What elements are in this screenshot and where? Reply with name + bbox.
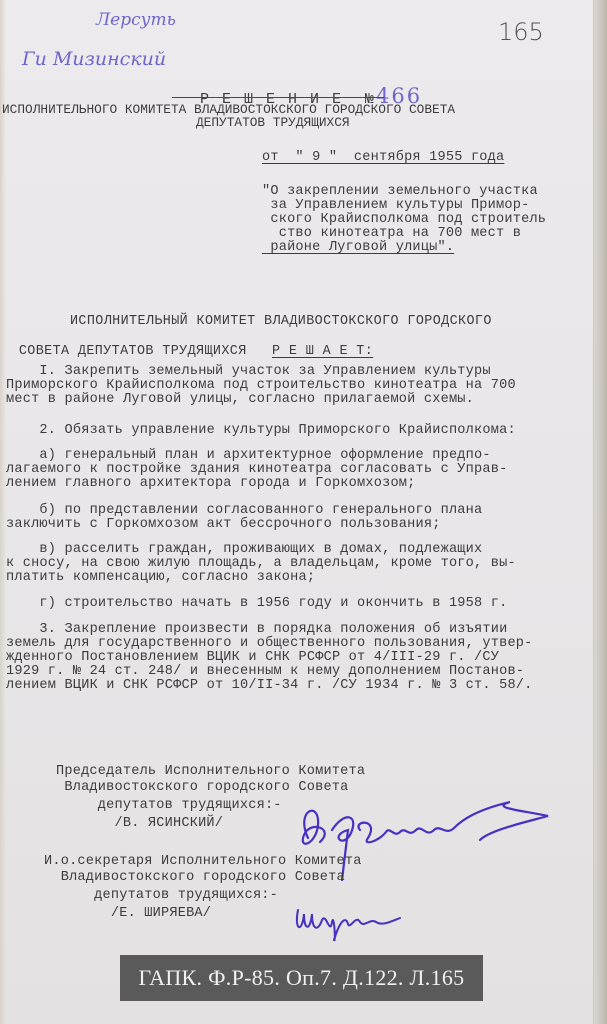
item-2-v-line: платить компенсацию, согласно закона; [6,570,315,586]
item-2-g: г) строительство начать в 1956 году и ок… [6,596,507,612]
item-1-line: мест в районе Луговой улицы, согласно пр… [6,392,474,408]
preamble-council: СОВЕТА ДЕПУТАТОВ ТРУДЯЩИХСЯ [19,344,247,359]
secretary-line: И.о.секретаря Исполнительного Комитета [44,854,362,870]
item-2-b-line: заключить с Горкомхозом акт бессрочного … [6,517,441,533]
subject-line: районе Луговой улицы". [262,240,454,256]
resolves-heading: Р Е Ш А Е Т: [272,344,373,359]
title-underline [172,97,384,98]
handwritten-note-1: Лерсуть [96,10,176,30]
item-3-line: лением ВЦИК и СНК РСФСР от 10/II-34 г. /… [6,678,533,694]
archive-reference: ГАПК. Ф.Р-85. Оп.7. Д.122. Л.165 [139,965,465,991]
archive-reference-badge: ГАПК. Ф.Р-85. Оп.7. Д.122. Л.165 [120,955,483,1001]
page-right-edge [593,0,607,1024]
decision-date: от " 9 " сентября 1955 года [262,150,504,166]
secretary-line: Владивостокского городского Совета [44,870,345,886]
handwritten-note-2: Ги Мизинский [22,48,166,70]
secretary-line: /Е. ШИРЯЕВА/ [44,906,211,922]
item-2-a-line: лением главного архитектора города и Гор… [6,476,416,492]
chairman-line: депутатов трудящихся:- [56,798,282,814]
issuer-line-2: ДЕПУТАТОВ ТРУДЯЩИХСЯ [196,115,350,131]
page-number: 165 [498,18,544,46]
chairman-line: /В. ЯСИНСКИЙ/ [56,816,223,832]
preamble-line-2: СОВЕТА ДЕПУТАТОВ ТРУДЯЩИХСЯ Р Е Ш А Е Т: [2,328,373,360]
item-2-intro: 2. Обязать управление культуры Приморско… [6,423,516,439]
secretary-line: депутатов трудящихся:- [44,888,278,904]
chairman-line: Председатель Исполнительного Комитета [56,764,365,780]
